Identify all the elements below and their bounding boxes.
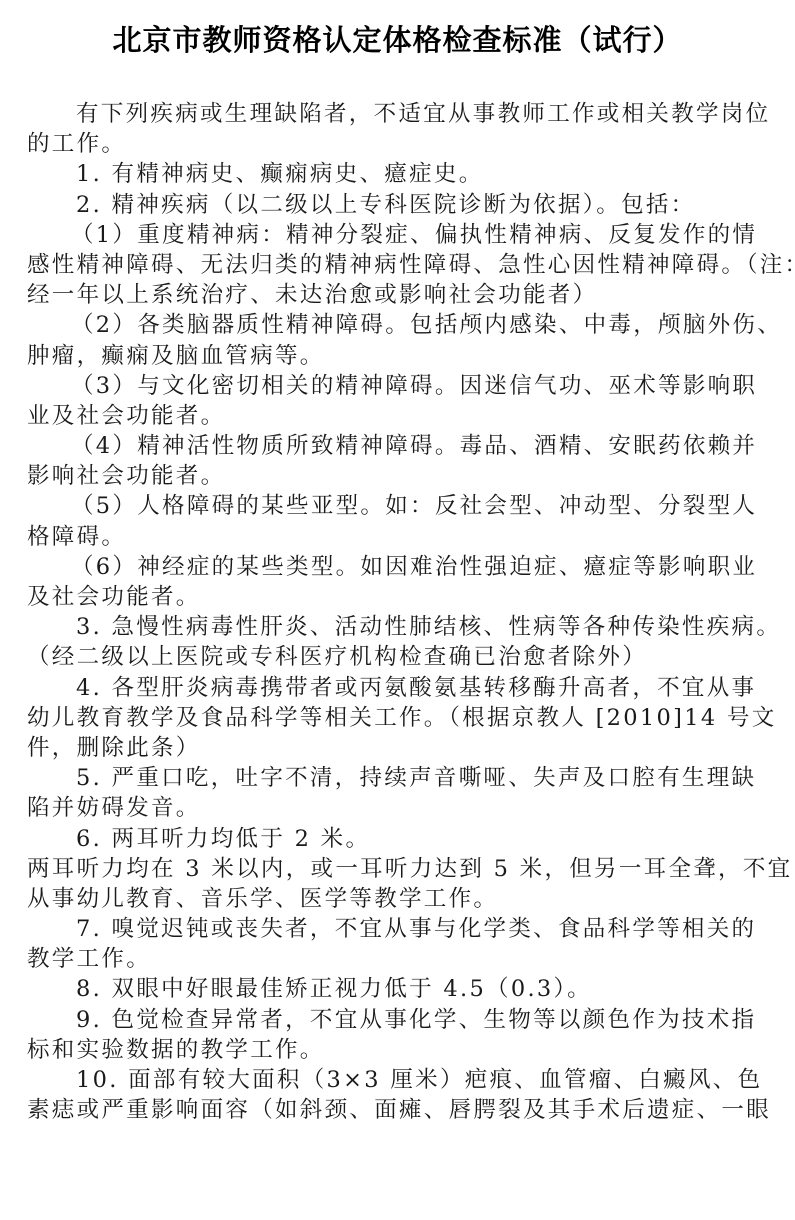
document-line: （1）重度精神病：精神分裂症、偏执性精神病、反复发作的情 [27,220,777,250]
document-line: （2）各类脑器质性精神障碍。包括颅内感染、中毒，颅脑外伤、 [27,310,777,340]
document-line: 1. 有精神病史、癫痫病史、癔症史。 [27,159,777,189]
document-body: 有下列疾病或生理缺陷者，不适宜从事教师工作或相关教学岗位的工作。1. 有精神病史… [27,99,777,1125]
document-line: 5. 严重口吃，吐字不清，持续声音嘶哑、失声及口腔有生理缺 [27,763,777,793]
document-line: 影响社会功能者。 [27,461,777,491]
document-line: （3）与文化密切相关的精神障碍。因迷信气功、巫术等影响职 [27,371,777,401]
document-line: 6. 两耳听力均低于 2 米。 [27,824,777,854]
document-line: 9. 色觉检查异常者，不宜从事化学、生物等以颜色作为技术指 [27,1005,777,1035]
document-line: 教学工作。 [27,944,777,974]
document-line: 的工作。 [27,129,777,159]
document-line: （4）精神活性物质所致精神障碍。毒品、酒精、安眠药依赖并 [27,431,777,461]
document-line: 格障碍。 [27,522,777,552]
document-line: （5）人格障碍的某些亚型。如：反社会型、冲动型、分裂型人 [27,491,777,521]
document-line: 标和实验数据的教学工作。 [27,1035,777,1065]
document-line: 从事幼儿教育、音乐学、医学等教学工作。 [27,884,777,914]
document-title: 北京市教师资格认定体格检查标准（试行） [0,18,795,59]
document-line: 肿瘤，癫痫及脑血管病等。 [27,341,777,371]
document-line: 8. 双眼中好眼最佳矫正视力低于 4.5（0.3）。 [27,974,777,1004]
document-line: 4. 各型肝炎病毒携带者或丙氨酸氨基转移酶升高者，不宜从事 [27,673,777,703]
document-line: 感性精神障碍、无法归类的精神病性障碍、急性心因性精神障碍。（注： [27,250,777,280]
document-line: 有下列疾病或生理缺陷者，不适宜从事教师工作或相关教学岗位 [27,99,777,129]
document-line: 两耳听力均在 3 米以内，或一耳听力达到 5 米，但另一耳全聋，不宜 [27,854,777,884]
document-line: 幼儿教育教学及食品科学等相关工作。（根据京教人 [2010]14 号文 [27,703,777,733]
document-line: 10. 面部有较大面积（3×3 厘米）疤痕、血管瘤、白癜风、色 [27,1065,777,1095]
document-line: 3. 急慢性病毒性肝炎、活动性肺结核、性病等各种传染性疾病。 [27,612,777,642]
document-line: 及社会功能者。 [27,582,777,612]
document-line: 经一年以上系统治疗、未达治愈或影响社会功能者） [27,280,777,310]
document-line: 素痣或严重影响面容（如斜颈、面瘫、唇腭裂及其手术后遗症、一眼 [27,1095,777,1125]
document-line: 2. 精神疾病（以二级以上专科医院诊断为依据）。包括： [27,190,777,220]
document-line: （6）神经症的某些类型。如因难治性强迫症、癔症等影响职业 [27,552,777,582]
document-line: （经二级以上医院或专科医疗机构检查确已治愈者除外） [27,642,777,672]
document-line: 件，删除此条） [27,733,777,763]
document-line: 陷并妨碍发音。 [27,793,777,823]
document-line: 7. 嗅觉迟钝或丧失者，不宜从事与化学类、食品科学等相关的 [27,914,777,944]
document-line: 业及社会功能者。 [27,401,777,431]
